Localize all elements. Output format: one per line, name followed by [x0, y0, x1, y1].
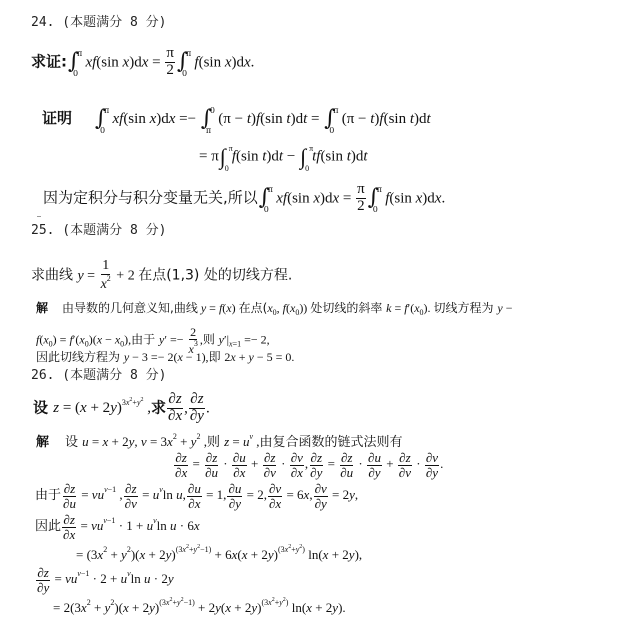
- q24-proof-line2: = π∫π0f(sin t)dt − ∫π0tf(sin t)dt: [199, 146, 368, 168]
- q25-solution-label: 解: [36, 301, 48, 315]
- q26-solution-line7: = 2(3x2 + y2)(x + 2y)(3x2+y2−1) + 2y(x +…: [53, 597, 346, 614]
- q25-header: 25. (本题满分 8 分): [31, 224, 166, 237]
- q24-prompt-label: 求证:: [31, 52, 67, 70]
- margin-mark: [37, 216, 41, 217]
- q26-header: 26. (本题满分 8 分): [31, 369, 166, 382]
- q26-solution-line5: = (3x2 + y2)(x + 2y)(3x2+y2−1) + 6x(x + …: [76, 544, 362, 561]
- integral-symbol: ∫π0: [177, 51, 188, 73]
- q24-header: 24. (本题满分 8 分): [31, 16, 166, 29]
- q26-solution-line2: ∂z∂x = ∂z∂u · ∂u∂x + ∂z∂v · ∂v∂x,∂z∂y = …: [173, 451, 443, 479]
- q24-prompt: 求证:∫π0xf(sin x)dx = π2∫π0f(sin x)dx.: [31, 46, 254, 79]
- q26-solution-line1: 解设 u = x + 2y, v = 3x2 + y2 ,则 z = uv ,由…: [36, 433, 403, 449]
- fraction: π2: [165, 46, 175, 79]
- q24-conclusion: 因为定积分与积分变量无关,所以∫π0xf(sin x)dx = π2∫π0f(s…: [43, 182, 445, 215]
- q25-prompt-post: 在点(1,3) 处的切线方程.: [138, 268, 292, 284]
- q25-prompt-pre: 求曲线: [31, 268, 73, 284]
- q26-prompt: 设 z = (x + 2y)3x2+y2 ,求∂z∂x,∂z∂y.: [33, 392, 210, 425]
- q24-conclusion-text: 因为定积分与积分变量无关,所以: [43, 188, 258, 206]
- q24-proof-label: 证明: [42, 109, 72, 127]
- fraction: 1x2: [100, 259, 112, 292]
- integral-symbol: ∫π0: [68, 51, 79, 73]
- q25-solution-line1: 解由导数的几何意义知,曲线 y = f(x) 在点(x0, f(x0)) 处切线…: [36, 302, 512, 317]
- q24-proof-line1: 证明∫π0xf(sin x)dx =− ∫0π(π − t)f(sin t)dt…: [42, 108, 431, 130]
- q26-solution-label: 解: [36, 435, 49, 450]
- q26-solution-line3: 由于∂z∂u = vuv−1 ,∂z∂v = uvln u,∂u∂x = 1,∂…: [35, 482, 358, 510]
- q25-solution-line3: 因此切线方程为 y − 3 =− 2(x − 1),即 2x + y − 5 =…: [36, 351, 294, 363]
- q26-solution-line6: ∂z∂y = vuv−1 · 2 + uvln u · 2y: [35, 566, 174, 594]
- q25-prompt: 求曲线 y = 1x2 + 2 在点(1,3) 处的切线方程.: [31, 259, 292, 292]
- q26-solution-line4: 因此∂z∂x = vuv−1 · 1 + uvln u · 6x: [35, 513, 200, 541]
